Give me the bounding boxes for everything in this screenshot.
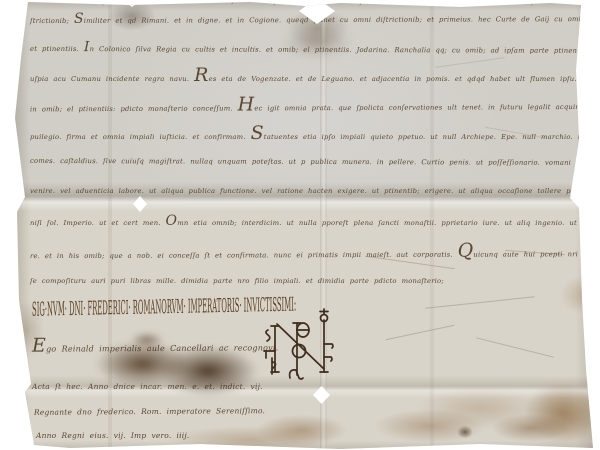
initial-capital: R xyxy=(194,64,209,86)
manuscript-line-10: ſe compoſituru auri puri libras mille. d… xyxy=(30,277,444,285)
parchment: ' ſ ı ' ı ſ ' ſ ı ' ı ſ ' ſtrictionib; S… xyxy=(10,0,596,450)
initial-capital: H xyxy=(238,93,255,115)
initial-capital: S xyxy=(251,122,264,144)
crease-line xyxy=(425,296,535,308)
text-segment: niſi ſol. Imperio. ut et cert men. xyxy=(30,219,166,227)
dating-line-regnante: Regnante dno frederico. Rom. imperatore … xyxy=(34,407,265,417)
initial-capital: S xyxy=(74,11,84,27)
manuscript-line-4: in omib; el ptinentiis: pdicto monaſteri… xyxy=(30,99,600,114)
text-segment: ſe compoſituru auri puri libras mille. d… xyxy=(30,277,444,285)
text-segment: comes. caſtaldius. ſive cuiuſq magiſtrat… xyxy=(30,157,600,167)
initial-capital: O xyxy=(166,213,178,229)
text-segment: mn etia omnib; interdicim. ut nulla ppor… xyxy=(177,219,600,227)
text-segment: venire. vel aduenticia labore. ut aliqua… xyxy=(30,187,594,195)
text-segment: re. et in his omib; que a nob. ei conceſ… xyxy=(30,251,458,260)
manuscript-line-7: venire. vel aduenticia labore. ut aliqua… xyxy=(30,187,594,195)
manuscript-line-8: niſi ſol. Imperio. ut et cert men. Omn e… xyxy=(30,217,600,227)
text-segment: n Colonico ſilva Regia cu cultis et incu… xyxy=(90,45,600,55)
manuscript-line-5: puilegio. firma et omnia impiali iuſtici… xyxy=(30,129,600,141)
crease-line xyxy=(435,57,504,68)
manuscript-line-6: comes. caſtaldius. ſive cuiuſq magiſtrat… xyxy=(30,157,600,167)
text-segment: puilegio. firma et omnia impiali iuſtici… xyxy=(30,133,251,141)
dating-line-acta: Acta ſt hec. Anno dnice incar. men. e. e… xyxy=(32,383,263,391)
dating-line-anno-regni: Anno Regni eius. vij. Imp vero. iiij. xyxy=(36,432,189,440)
text-segment: ſtrictionib; xyxy=(30,17,74,25)
text-segment: ec igit omnia prata. que ſpolicta conſer… xyxy=(254,103,600,113)
manuscript-line-9: re. et in his omib; que a nob. ei conceſ… xyxy=(30,246,600,260)
manuscript-line-3: uſpia acu Cumanu incidente regra navu. R… xyxy=(30,71,600,83)
text-segment: uicunq aute hui pcepti nri violator ille… xyxy=(473,250,600,259)
text-segment: et ptinentiis. xyxy=(30,45,84,53)
elongated-signature-line: SIG·NVM· DNI· FREDERICI· ROMANORVM· IMPE… xyxy=(32,294,296,321)
text-segment: go Reinald imperialis aule Cancellari ac… xyxy=(46,343,278,353)
text-segment: es eta de Vogenzate. et de Leguano. et a… xyxy=(209,75,600,83)
manuscript-line-2: et ptinentiis. In Colonico ſilva Regia c… xyxy=(30,41,600,55)
text-segment: uſpia acu Cumanu incidente regra navu. xyxy=(30,75,194,83)
crease-line xyxy=(386,325,455,341)
crease-line xyxy=(476,337,554,357)
fold-hole-middle xyxy=(133,196,147,212)
corner-stain xyxy=(525,385,600,447)
text-segment: in omib; el ptinentiis: pdicto monaſteri… xyxy=(30,104,238,113)
initial-capital: E xyxy=(32,335,46,357)
frederick-royal-monogram-icon xyxy=(262,306,348,392)
photo-background: ' ſ ı ' ı ſ ' ſ ı ' ı ſ ' ſtrictionib; S… xyxy=(0,0,600,450)
initial-capital: Q xyxy=(458,240,474,262)
chancellor-recognition-line: Ego Reinald imperialis aule Cancellari a… xyxy=(32,340,278,353)
text-segment: tatuentes etia ipſo impiali quieto ppetu… xyxy=(264,133,600,141)
text-segment: imiliter et qd Rimani. et in digne. et i… xyxy=(84,15,600,25)
